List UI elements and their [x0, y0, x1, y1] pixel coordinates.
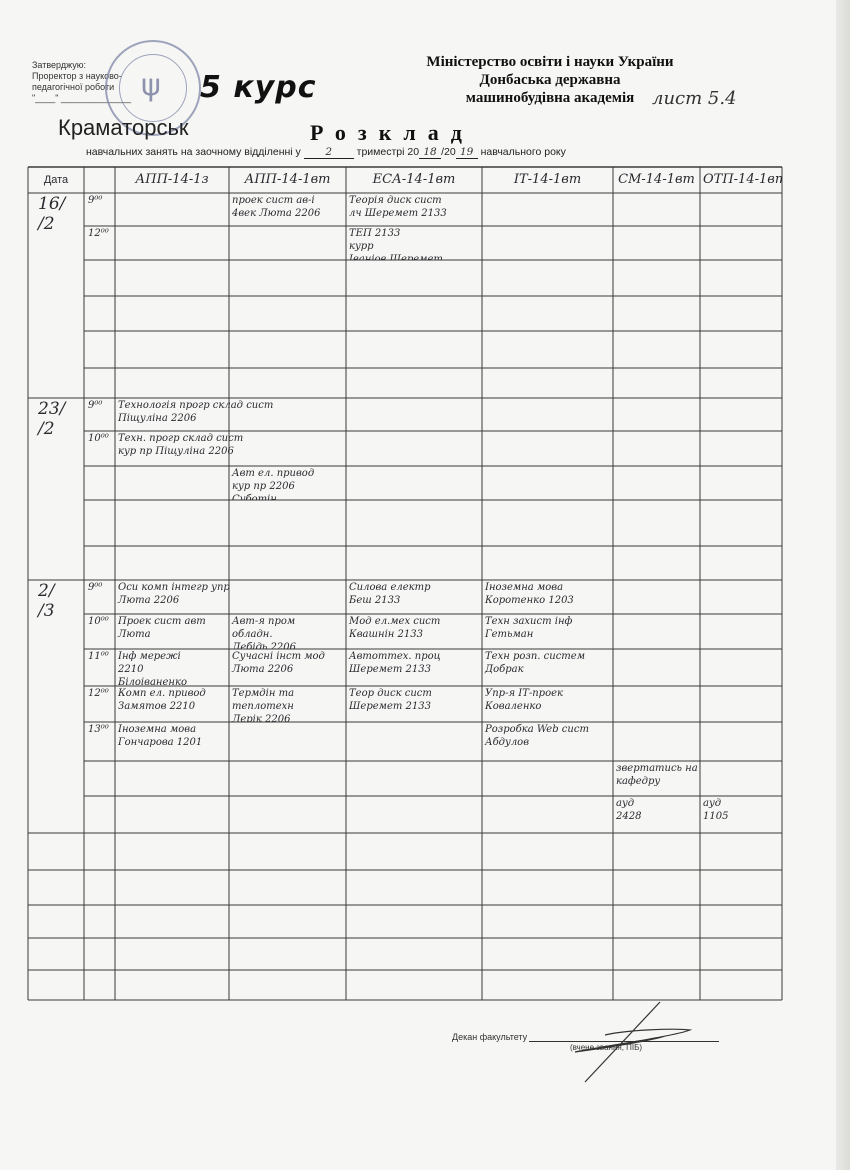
sheet-number: лист 5.4 [652, 88, 737, 109]
class-entry: Теорія диск сист лч Шеремет 2133 [346, 193, 482, 226]
time-cell: 9⁰⁰ [84, 193, 115, 226]
date-cell: 16/ /2 [28, 193, 84, 260]
schedule-subtitle: навчальних занять на заочному відділенні… [86, 146, 566, 159]
class-entry: Упр-я ІТ-проек Коваленко [482, 686, 613, 722]
column-header-group: ОТП-14-1вт [700, 167, 782, 193]
class-entry: Техн розп. систем Добрак [482, 649, 613, 686]
class-entry: Техн. прогр склад сист кур пр Піщуліна 2… [115, 431, 346, 466]
time-cell: 13⁰⁰ [84, 722, 115, 761]
class-entry: Авт ел. привод кур пр 2206 Суботін [229, 466, 346, 500]
trimester-value: 2 [304, 146, 354, 159]
class-entry: Іноземна мова Гончарова 1201 [115, 722, 482, 761]
column-header-group: СМ-14-1вт [613, 167, 700, 193]
column-header-group: ЕСА-14-1вт [346, 167, 482, 193]
class-entry: Силова електр Беш 2133 [346, 580, 482, 614]
class-entry: Іноземна мова Коротенко 1203 [482, 580, 782, 614]
scan-edge [836, 0, 850, 1170]
academy-line: Донбаська державна [400, 71, 700, 89]
column-header-group: АПП-14-1вт [229, 167, 346, 193]
class-entry: Техн захист інф Гетьман [482, 614, 613, 649]
column-header-group: ІТ-14-1вт [482, 167, 613, 193]
time-cell: 12⁰⁰ [84, 226, 115, 260]
date-cell: 2/ /3 [28, 580, 84, 649]
subtitle-text: навчальних занять на заочному відділенні… [86, 146, 301, 158]
city-label: Краматорськ [58, 115, 189, 141]
note-entry: звертатись на кафедру [613, 761, 782, 796]
class-entry: проек сист ав-і 4век Люта 2206 [229, 193, 346, 226]
class-entry: Теор диск сист Шеремет 2133 [346, 686, 482, 722]
subtitle-text: навчального року [481, 146, 566, 158]
time-cell: 10⁰⁰ [84, 431, 115, 466]
trident-icon: ψ [141, 68, 161, 103]
year-start: 18 [419, 146, 441, 159]
class-entry: Авт-я пром обладн. Лебідь 2206 [229, 614, 346, 649]
time-cell: 9⁰⁰ [84, 580, 115, 614]
class-entry: Автоттех. проц Шеремет 2133 [346, 649, 482, 686]
room-entry: ауд 2428 [613, 796, 700, 833]
year-end: 19 [456, 146, 478, 159]
class-entry: ТЕП 2133 курр Іваніов Шеремет [346, 226, 482, 260]
class-entry: Термдін та теплотехн Лерік 2206 [229, 686, 346, 722]
column-header-date: Дата [28, 167, 84, 193]
ministry-line: Міністерство освіти і науки України [400, 53, 700, 71]
room-entry: ауд 1105 [700, 796, 782, 833]
dean-label: Декан факультету [452, 1032, 527, 1042]
column-header-group: АПП-14-1з [115, 167, 229, 193]
time-cell: 12⁰⁰ [84, 686, 115, 722]
time-cell: 10⁰⁰ [84, 614, 115, 649]
class-entry: Мод ел.мех сист Квашнін 2133 [346, 614, 482, 649]
class-entry: Розробка Web сист Абдулов [482, 722, 613, 761]
subtitle-text: /20 [441, 146, 456, 158]
time-cell: 9⁰⁰ [84, 398, 115, 431]
date-cell: 23/ /2 [28, 398, 84, 466]
class-entry: Комп ел. привод Замятов 2210 [115, 686, 229, 722]
class-entry: Проек сист авт Люта [115, 614, 229, 649]
page-title: Розклад [310, 120, 474, 146]
class-entry: Оси комп інтегр упр Люта 2206 [115, 580, 346, 614]
time-cell: 11⁰⁰ [84, 649, 115, 686]
class-entry: Інф мережі 2210 Білоіваненко [115, 649, 229, 686]
signature-icon [565, 1000, 705, 1085]
class-entry: Технологія прогр склад сист Піщуліна 220… [115, 398, 346, 431]
class-entry: Сучасні інст мод Люта 2206 [229, 649, 346, 686]
subtitle-text: триместрі 20 [357, 146, 419, 158]
course-label: 5 курс [200, 70, 317, 105]
